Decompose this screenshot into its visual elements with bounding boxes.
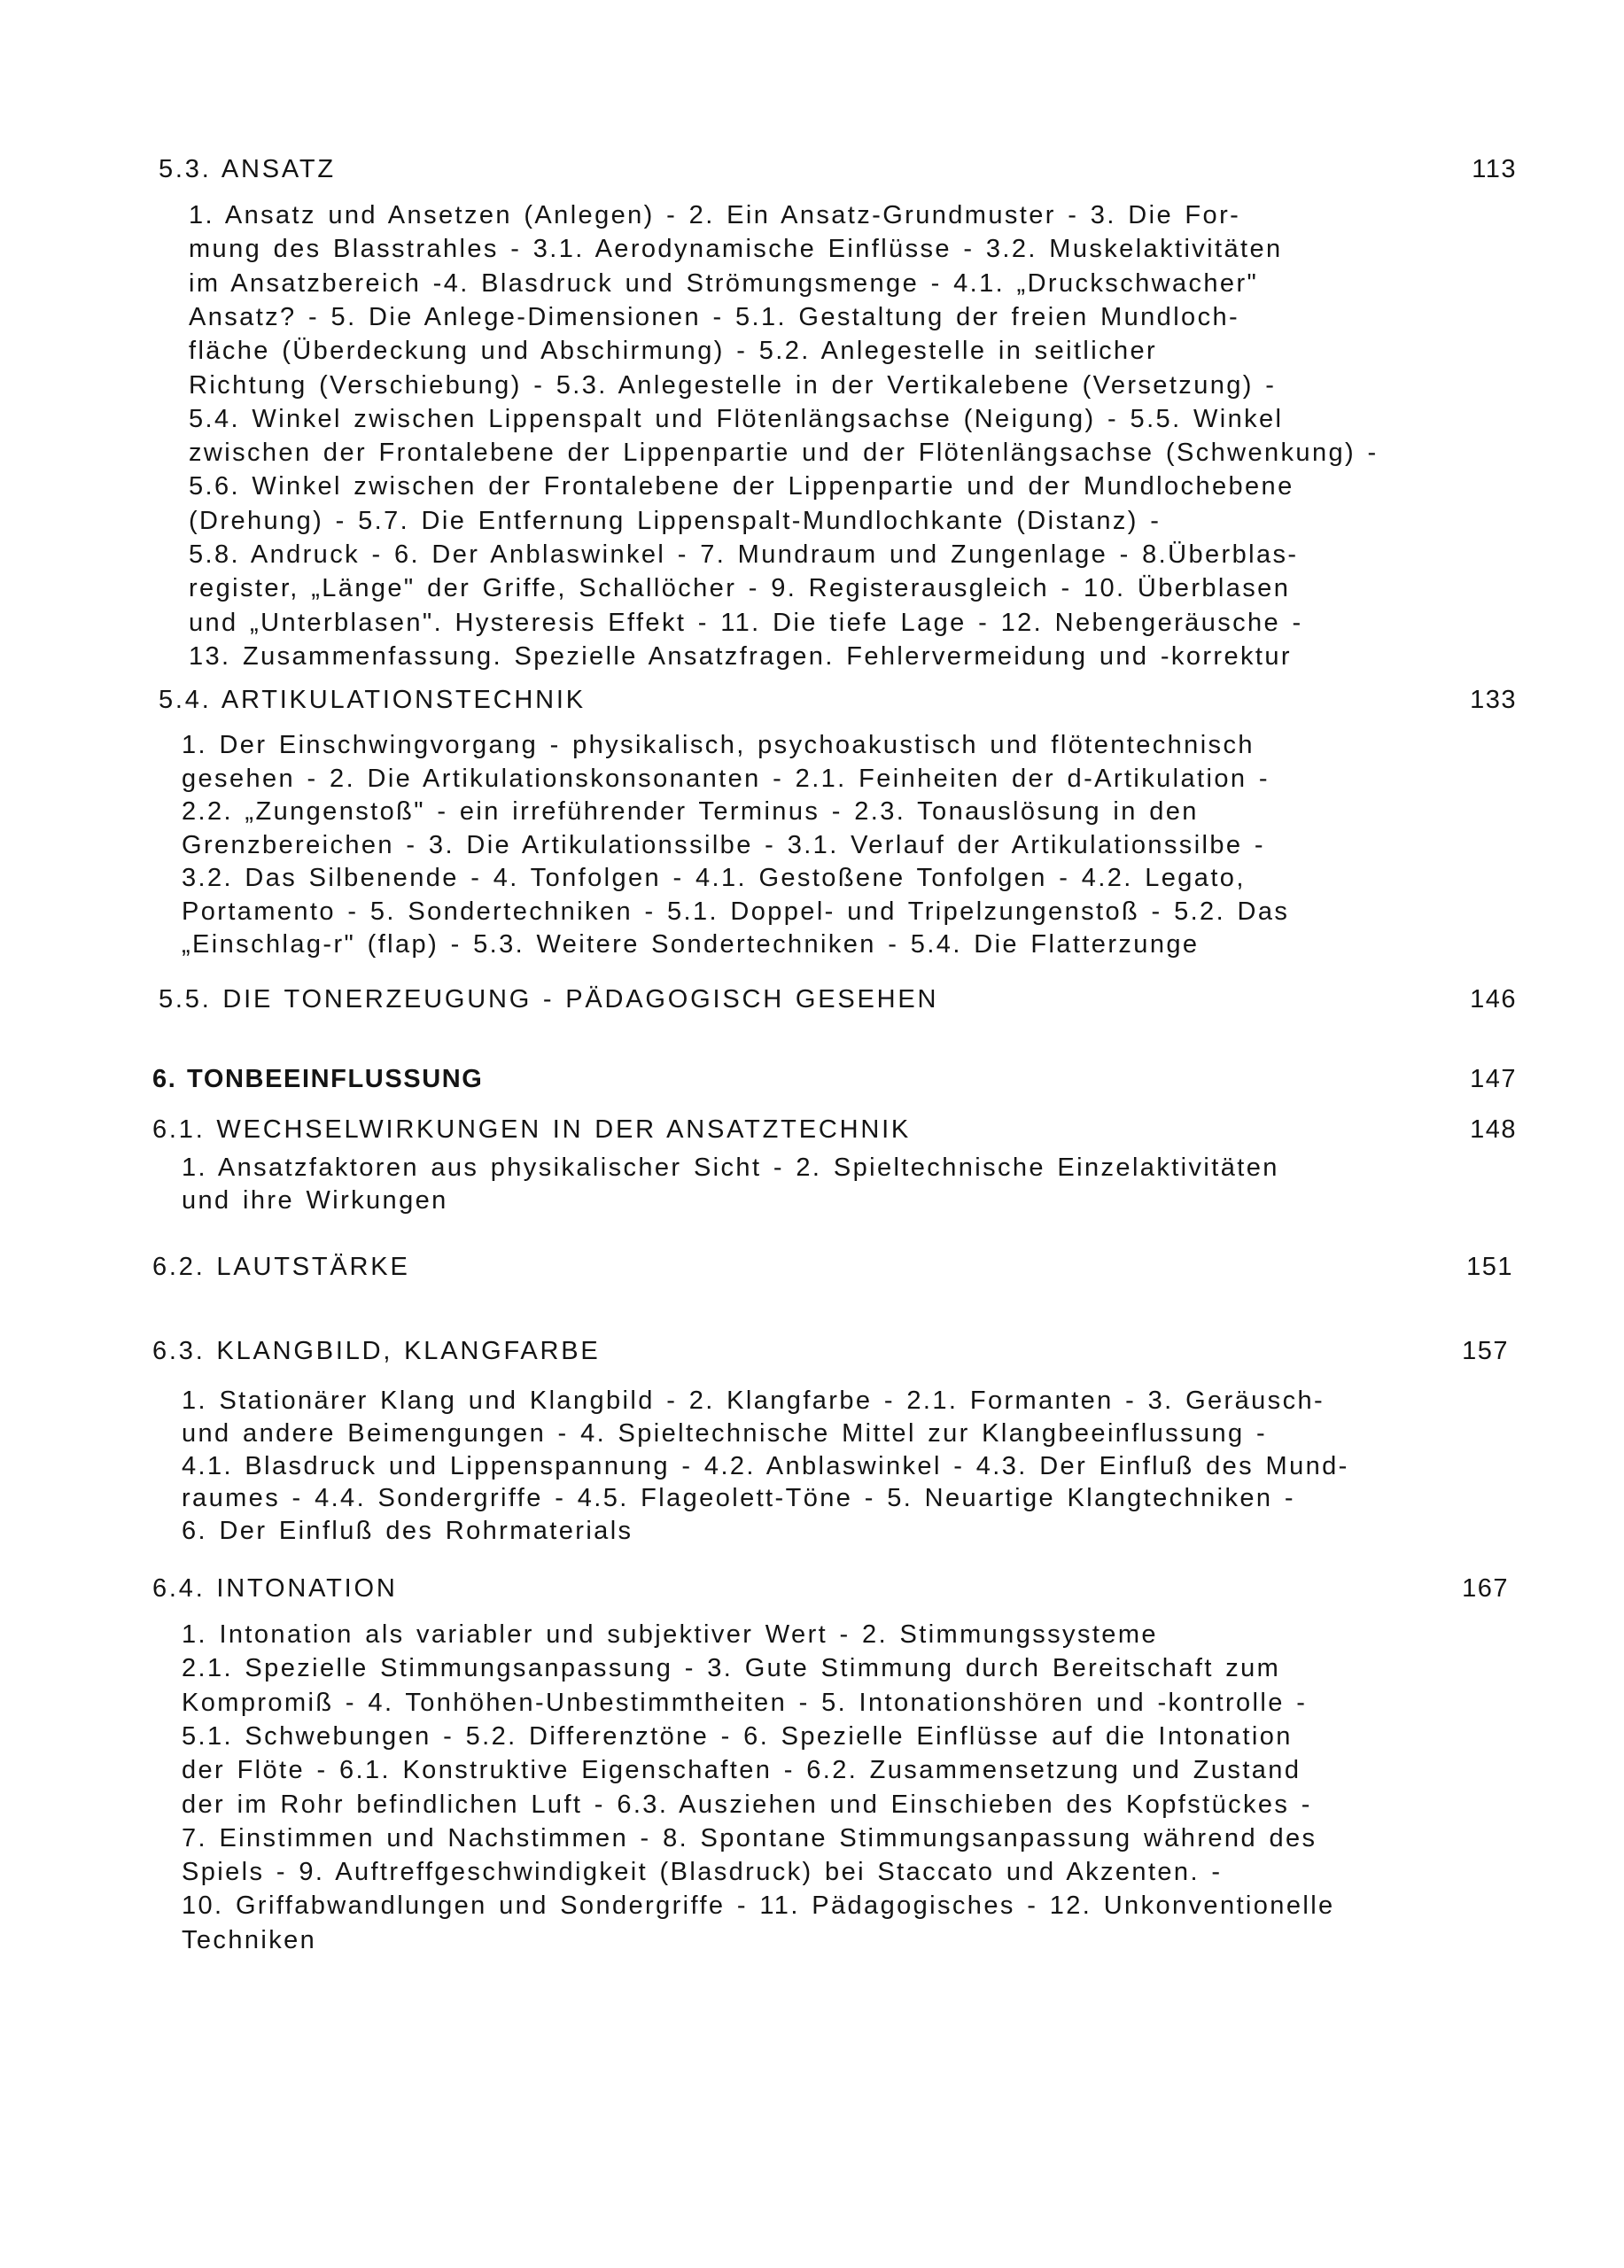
section-heading: 6. TONBEEINFLUSSUNG [152,1067,483,1092]
section-summary-line: 5.1. Schwebungen - 5.2. Differenztöne - … [182,1724,1293,1750]
section-summary-line: Portamento - 5. Sondertechniken - 5.1. D… [182,899,1289,925]
document-page: 5.3. ANSATZ1131. Ansatz und Ansetzen (An… [0,0,1624,2268]
section-heading: 6.1. WECHSELWIRKUNGEN IN DER ANSATZTECHN… [152,1117,911,1143]
section-summary-line: 1. Der Einschwingvorgang - physikalisch,… [182,733,1255,758]
section-summary-line: zwischen der Frontalebene der Lippenpart… [189,440,1379,466]
section-summary-line: Ansatz? - 5. Die Anlege-Dimensionen - 5.… [189,305,1239,330]
section-summary-line: und „Unterblasen". Hysteresis Effekt - 1… [189,610,1303,636]
page-number: 151 [1466,1254,1513,1280]
section-summary-line: 7. Einstimmen und Nachstimmen - 8. Spont… [182,1826,1317,1852]
page-number: 157 [1462,1339,1509,1364]
section-heading: 5.3. ANSATZ [159,157,336,183]
section-summary-line: 13. Zusammenfassung. Spezielle Ansatzfra… [189,644,1292,670]
page-number: 146 [1470,987,1517,1013]
page-number: 133 [1470,687,1517,713]
section-heading: 5.4. ARTIKULATIONSTECHNIK [159,687,586,713]
section-summary-line: Richtung (Verschiebung) - 5.3. Anlegeste… [189,373,1276,399]
section-summary-line: mung des Blasstrahles - 3.1. Aerodynamis… [189,237,1283,262]
section-heading: 6.4. INTONATION [152,1576,398,1602]
section-summary-line: Spiels - 9. Auftreffgeschwindigkeit (Bla… [182,1860,1222,1885]
section-summary-line: raumes - 4.4. Sondergriffe - 4.5. Flageo… [182,1486,1295,1511]
section-summary-line: 2.2. „Zungenstoß" - ein irreführender Te… [182,799,1199,825]
section-summary-line: 4.1. Blasdruck und Lippenspannung - 4.2.… [182,1454,1349,1480]
section-heading: 6.2. LAUTSTÄRKE [152,1254,410,1280]
section-summary-line: 3.2. Das Silbenende - 4. Tonfolgen - 4.1… [182,866,1246,891]
section-summary-line: 5.6. Winkel zwischen der Frontalebene de… [189,474,1294,500]
section-summary-line: Techniken [182,1928,316,1953]
page-number: 113 [1472,157,1517,183]
section-summary-line: „Einschlag-r" (flap) - 5.3. Weitere Sond… [182,932,1199,958]
section-heading: 5.5. DIE TONERZEUGUNG - PÄDAGOGISCH GESE… [159,987,938,1013]
section-summary-line: gesehen - 2. Die Artikulationskonsonante… [182,766,1270,792]
page-number: 148 [1470,1117,1517,1143]
section-summary-line: (Drehung) - 5.7. Die Entfernung Lippensp… [189,509,1161,534]
section-summary-line: fläche (Überdeckung und Abschirmung) - 5… [189,338,1157,364]
section-summary-line: 10. Griffabwandlungen und Sondergriffe -… [182,1893,1335,1919]
section-summary-line: 1. Stationärer Klang und Klangbild - 2. … [182,1388,1325,1414]
section-summary-line: der im Rohr befindlichen Luft - 6.3. Aus… [182,1792,1312,1818]
section-summary-line: im Ansatzbereich -4. Blasdruck und Ström… [189,271,1258,297]
section-summary-line: Kompromiß - 4. Tonhöhen-Unbestimmtheiten… [182,1690,1307,1716]
section-summary-line: 6. Der Einfluß des Rohrmaterials [182,1518,633,1544]
section-summary-line: 5.4. Winkel zwischen Lippenspalt und Flö… [189,407,1283,432]
page-number: 167 [1462,1576,1509,1602]
section-summary-line: der Flöte - 6.1. Konstruktive Eigenschaf… [182,1758,1301,1783]
section-summary-line: 5.8. Andruck - 6. Der Anblaswinkel - 7. … [189,542,1298,568]
section-summary-line: Grenzbereichen - 3. Die Artikulationssil… [182,833,1265,858]
section-summary-line: und andere Beimengungen - 4. Spieltechni… [182,1421,1267,1447]
section-summary-line: 1. Intonation als variabler und subjekti… [182,1622,1158,1648]
section-summary-line: 1. Ansatz und Ansetzen (Anlegen) - 2. Ei… [189,203,1240,229]
section-heading: 6.3. KLANGBILD, KLANGFARBE [152,1339,601,1364]
section-summary-line: 2.1. Spezielle Stimmungsanpassung - 3. G… [182,1656,1280,1682]
section-summary-line: und ihre Wirkungen [182,1188,448,1214]
page-number: 147 [1470,1067,1517,1092]
section-summary-line: 1. Ansatzfaktoren aus physikalischer Sic… [182,1155,1279,1181]
section-summary-line: register, „Länge" der Griffe, Schallöche… [189,576,1290,602]
